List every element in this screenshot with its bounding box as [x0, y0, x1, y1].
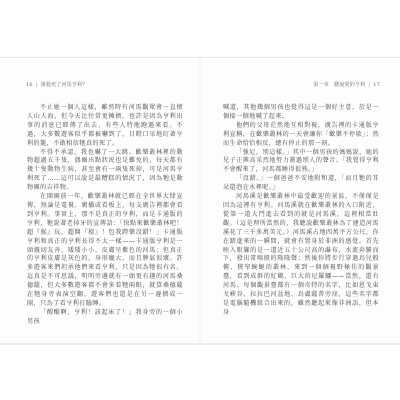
left-page-number: 16: [26, 82, 33, 88]
left-page: 16|誰殺死了河馬亨利？ 不止她一個人這樣，雖然時有河馬觀眾會一直擠人山人海，但…: [0, 58, 200, 343]
paragraph: 不得不承認，我也嚇了一大跳。歡樂叢林裡的動物超過五千隻，偶爾出點狀況也是難免的，…: [27, 149, 183, 194]
header-separator: |: [368, 82, 370, 88]
paragraph: 喊道，其他幾個男孩也覺得這是一個好主意，於是一個接一個地喊了起來。: [223, 104, 379, 122]
book-title: 誰殺死了河馬亨利？: [41, 82, 88, 88]
chapter-title: 第一章 聽說愛的亨利: [313, 82, 365, 88]
paragraph: 不止她一個人這樣，雖然時有河馬觀眾會一直擠人山人海，但今天比往常更擁擠，也許是因…: [27, 104, 183, 149]
book-spread: 16|誰殺死了河馬亨利？ 不止她一個人這樣，雖然時有河馬觀眾會一直擠人山人海，但…: [0, 57, 400, 345]
paragraph: 「沒錯。」一個爸爸不安地附和道，「而且牠的耳朵還泡在水裡呢。」: [223, 175, 379, 193]
left-body-text: 不止她一個人這樣，雖然時有河馬觀眾會一直擠人山人海，但今天比往常更擁擠，也許是因…: [27, 104, 183, 327]
paragraph: 「醒醒啊，亨利！該起床了！」我身旁的一個小男孩: [27, 309, 183, 327]
right-running-head: 第一章 聽說愛的亨利|17: [313, 82, 380, 88]
right-page-number: 17: [373, 82, 380, 88]
paragraph: 河馬溪是歡樂叢林中最受歡迎的景區，不僅僅是因為這裡有亨利。河馬溪就在歡樂叢林的入…: [223, 193, 379, 318]
paragraph: 他們的父母茫然地互相對視，廣告裡的卡通版亨利宣稱，在歡樂叢林的一天會讓你「歡樂不…: [223, 122, 379, 149]
right-page: 第一章 聽說愛的亨利|17 喊道，其他幾個男孩也覺得這是一個好主意，於是一個接一…: [200, 58, 400, 343]
paragraph: 「強尼，別這樣。」其中一個男孩的媽媽說，她的兒子正興高采烈地努力蓋過別人的聲音。…: [223, 149, 379, 176]
right-body-text: 喊道，其他幾個男孩也覺得這是一個好主意，於是一個接一個地喊了起來。 他們的父母茫…: [223, 104, 379, 318]
paragraph: 在開園前一年，歡樂叢林就已經在全世界大肆宣傳，無論是電視、廣播或看板上，每支廣告…: [27, 193, 183, 309]
header-separator: |: [36, 82, 38, 88]
left-running-head: 16|誰殺死了河馬亨利？: [26, 82, 87, 88]
